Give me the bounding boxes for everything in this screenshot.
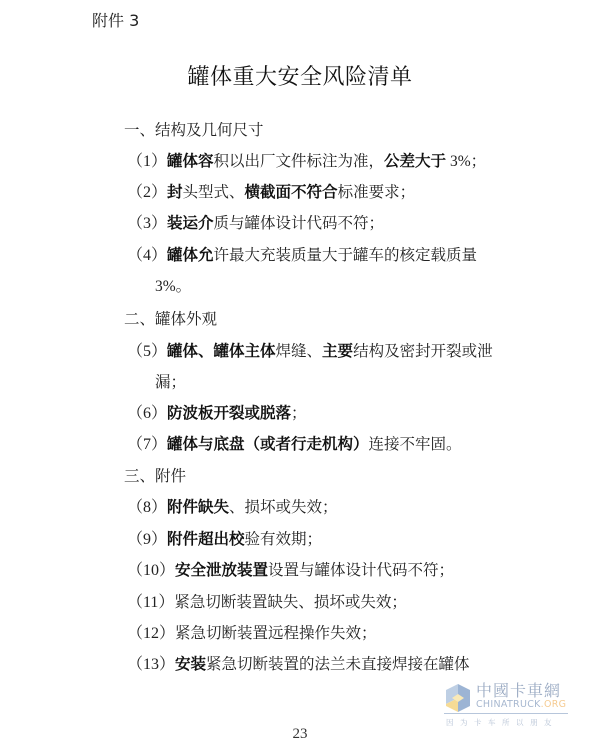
item-text: 结构及密封开裂或泄	[353, 342, 493, 360]
item-text: 质与罐体设计代码不符；	[214, 214, 385, 232]
item-text: 标准要求；	[338, 183, 416, 201]
item-text: 许最大充装质量大于罐车的核定载质量	[214, 246, 478, 264]
bold-text: 封	[167, 183, 183, 201]
item-number: （3）	[127, 215, 167, 232]
section-heading-3: 三、附件	[124, 466, 186, 486]
bold-text: 安全泄放装置	[175, 561, 268, 579]
item-number: （2）	[127, 184, 167, 201]
chinatruck-logo-icon	[444, 682, 472, 716]
bold-text: 横截面不符合	[245, 183, 338, 201]
item-text: 连接不牢固。	[369, 435, 462, 453]
list-item-1: （1）罐体容积以出厂文件标注为准，公差大于 3%；	[127, 151, 486, 172]
section-heading-2: 二、罐体外观	[124, 309, 217, 329]
bold-text: 罐体、罐体主体	[167, 342, 276, 360]
list-item-13: （13）安装紧急切断装置的法兰未直接焊接在罐体	[127, 654, 470, 675]
list-item-8: （8）附件缺失、损坏或失效；	[127, 497, 338, 518]
item-text: 紧急切断装置远程操作失效；	[175, 624, 377, 642]
item-text: 3%；	[446, 153, 486, 170]
bold-text: 装运介	[167, 214, 214, 232]
item-number: （5）	[127, 343, 167, 360]
item-text: 紧急切断装置的法兰未直接焊接在罐体	[206, 655, 470, 673]
list-item-12: （12）紧急切断装置远程操作失效；	[127, 623, 377, 644]
item-text: 头型式、	[183, 183, 245, 201]
list-item-3: （3）装运介质与罐体设计代码不符；	[127, 213, 384, 234]
item-text: 紧急切断装置缺失、损坏或失效；	[174, 593, 407, 611]
watermark-divider	[444, 713, 568, 714]
bold-text: 罐体允	[167, 246, 214, 264]
list-item-5: （5）罐体、罐体主体焊缝、主要结构及密封开裂或泄	[127, 341, 493, 362]
bold-text: 防波板开裂或脱落	[167, 404, 291, 422]
list-item-10: （10）安全泄放装置设置与罐体设计代码不符；	[127, 560, 454, 581]
item-text: 、损坏或失效；	[229, 498, 338, 516]
list-item-7: （7）罐体与底盘（或者行走机构）连接不牢固。	[127, 434, 462, 455]
section-heading-1: 一、结构及几何尺寸	[124, 120, 264, 140]
list-item-2: （2）封头型式、横截面不符合标准要求；	[127, 182, 415, 203]
item-number: （13）	[127, 656, 175, 673]
item-number: （4）	[127, 247, 167, 264]
bold-text: 附件超出校	[167, 530, 245, 548]
document-title: 罐体重大安全风险清单	[0, 60, 600, 91]
bold-text: 附件缺失	[167, 498, 229, 516]
item-text: 积以出厂文件标注为准，	[214, 152, 385, 170]
item-number: （12）	[127, 625, 175, 642]
item-number: （1）	[127, 153, 167, 170]
bold-text: 公差大于	[384, 152, 446, 170]
item-text: 设置与罐体设计代码不符；	[268, 561, 454, 579]
item-number: （6）	[127, 405, 167, 422]
item-number: （7）	[127, 436, 167, 453]
list-item-4-continuation: 3%。	[155, 277, 191, 297]
item-text: 焊缝、	[276, 342, 323, 360]
list-item-4: （4）罐体允许最大充装质量大于罐车的核定载质量	[127, 245, 477, 266]
bold-text: 安装	[175, 655, 206, 673]
item-number: （8）	[127, 499, 167, 516]
bold-text: 罐体容	[167, 152, 214, 170]
list-item-5-continuation: 漏；	[155, 372, 186, 392]
attachment-label: 附件 3	[92, 8, 139, 31]
item-number: （9）	[127, 531, 167, 548]
item-number: （10）	[127, 562, 175, 579]
watermark-name-en: CHINATRUCK.ORG	[476, 699, 566, 710]
list-item-9: （9）附件超出校验有效期；	[127, 529, 322, 550]
item-number: （11）	[127, 594, 174, 611]
list-item-6: （6）防波板开裂或脱落；	[127, 403, 307, 424]
page-number: 23	[0, 726, 600, 743]
item-text: ；	[291, 404, 307, 422]
item-text: 验有效期；	[245, 530, 323, 548]
list-item-11: （11）紧急切断装置缺失、损坏或失效；	[127, 592, 407, 613]
bold-text: 罐体与底盘（或者行走机构）	[167, 435, 369, 453]
bold-text: 主要	[322, 342, 353, 360]
watermark-name-cn: 中國卡車網	[476, 678, 561, 701]
